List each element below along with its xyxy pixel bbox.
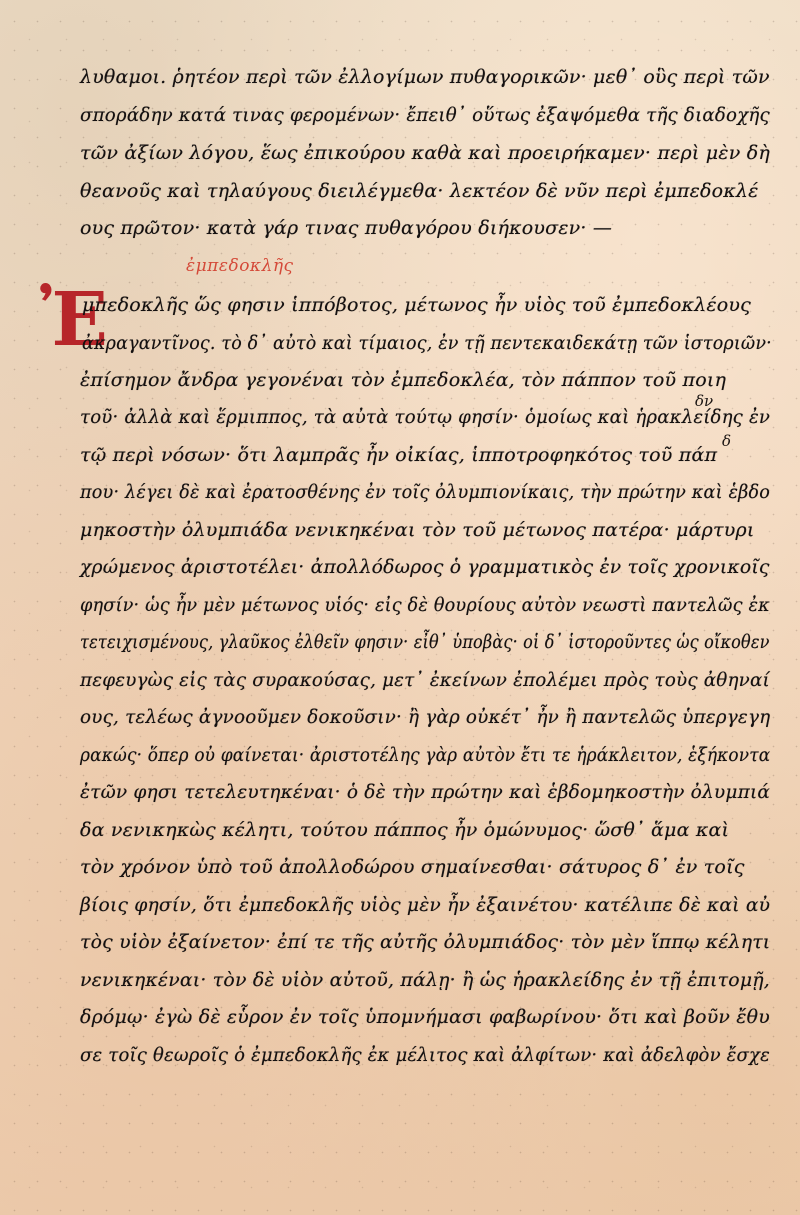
body-line-17: βίοις φησίν, ὅτι ἐμπεδοκλῆς υἱὸς μὲν ἦν … — [80, 890, 758, 920]
top-line-5: ους πρῶτον· κατὰ γάρ τινας πυθαγόρου διή… — [80, 213, 770, 243]
body-line-11: πεφευγὼς εἰς τὰς συρακούσας, μετ᾽ ἐκείνω… — [80, 665, 744, 695]
body-line-1: μπεδοκλῆς ὥς φησιν ἱππόβοτος, μέτωνος ἦν… — [82, 290, 772, 320]
top-line-4: θεανοῦς καὶ τηλαύγους διειλέγμεθα· λεκτέ… — [80, 176, 770, 206]
body-line-22 — [80, 1077, 770, 1107]
body-line-4: τοῦ· ἀλλὰ καὶ ἕρμιππος, τὰ αὐτὰ τούτῳ φη… — [80, 402, 738, 432]
top-line-3: τῶν ἀξίων λόγου, ἕως ἐπικούρου καθὰ καὶ … — [80, 138, 770, 168]
body-line-18: τὸς υἱὸν ἐξαίνετον· ἐπί τε τῆς αὐτῆς ὀλυ… — [80, 927, 764, 957]
body-line-14: ἐτῶν φησι τετελευτηκέναι· ὁ δὲ τὴν πρώτη… — [80, 777, 752, 807]
body-line-20: δρόμῳ· ἐγὼ δὲ εὗρον ἐν τοῖς ὑπομνήμασι φ… — [80, 1002, 767, 1032]
body-line-6: που· λέγει δὲ καὶ ἐρατοσθένης ἐν τοῖς ὀλ… — [80, 477, 720, 507]
body-line-5: τῷ περὶ νόσων· ὅτι λαμπρᾶς ἦν οἰκίας, ἱπ… — [80, 440, 770, 470]
body-line-16: τὸν χρόνον ὑπὸ τοῦ ἀπολλοδώρου σημαίνεσθ… — [80, 852, 770, 882]
body-line-13: ρακώς· ὅπερ οὐ φαίνεται· ἀριστοτέλης γὰρ… — [80, 740, 694, 770]
red-initial-letter: Ἐ — [40, 284, 76, 356]
body-line-9: φησίν· ὡς ἦν μὲν μέτωνος υἱός· εἰς δὲ θο… — [80, 590, 721, 620]
body-line-7: μηκοστὴν ὀλυμπιάδα νενικηκέναι τὸν τοῦ μ… — [80, 515, 770, 545]
body-line-15: δα νενικηκὼς κέλητι, τούτου πάππος ἦν ὁμ… — [80, 815, 770, 845]
interlinear-correction-1: δν — [695, 392, 713, 410]
body-line-8: χρώμενος ἀριστοτέλει· ἀπολλόδωρος ὁ γραμ… — [80, 552, 761, 582]
body-line-21: σε τοῖς θεωροῖς ὁ ἐμπεδοκλῆς ἐκ μέλιτος … — [80, 1040, 735, 1070]
manuscript-page: λυθαμοι. ῥητέον περὶ τῶν ἐλλογίμων πυθαγ… — [0, 0, 800, 1215]
rubric-heading: ἐμπεδοκλῆς — [186, 256, 294, 276]
body-line-3: ἐπίσημον ἄνδρα γεγονέναι τὸν ἐμπεδοκλέα,… — [80, 365, 770, 395]
top-line-1: λυθαμοι. ῥητέον περὶ τῶν ἐλλογίμων πυθαγ… — [80, 62, 767, 92]
body-line-19: νενικηκέναι· τὸν δὲ υἱὸν αὐτοῦ, πάλῃ· ἢ … — [80, 965, 765, 995]
body-line-12: ους, τελέως ἀγνοοῦμεν δοκοῦσιν· ἢ γὰρ οὐ… — [80, 702, 746, 732]
interlinear-correction-2: δ — [722, 432, 731, 450]
body-line-2: ἀκραγαντῖνος. τὸ δ᾽ αὐτὸ καὶ τίμαιος, ἐν… — [82, 328, 717, 358]
top-line-2: σποράδην κατά τινας φερομένων· ἔπειθ᾽ οὕ… — [80, 100, 741, 130]
body-line-10: τετειχισμένους, γλαῦκος ἐλθεῖν φησιν· εἶ… — [80, 627, 664, 657]
